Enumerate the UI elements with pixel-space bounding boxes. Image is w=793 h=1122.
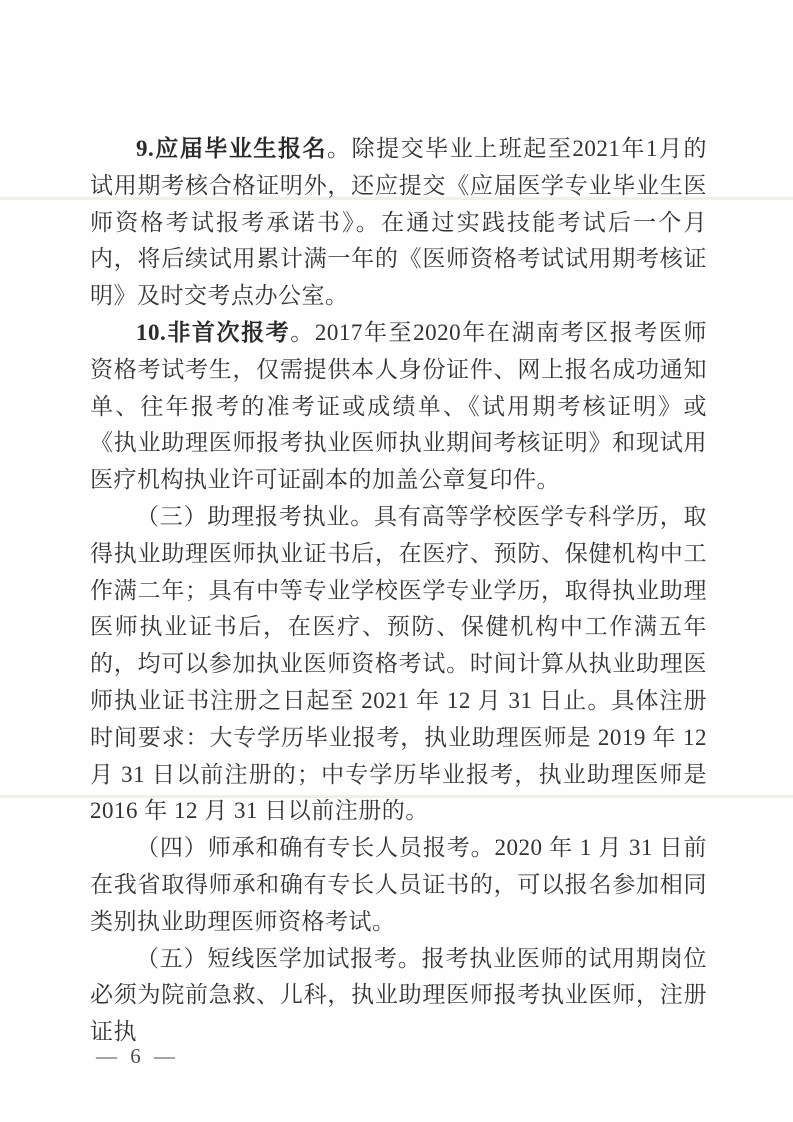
page-number: — 6 — <box>96 1044 179 1069</box>
paragraph-text: 。除提交毕业上班起至2021年1月的试用期考核合格证明外，还应提交《应届医学专业… <box>90 136 707 308</box>
paragraph-text: （四）师承和确有专长人员报考。2020 年 1 月 31 日前在我省取得师承和确… <box>90 835 707 934</box>
paragraph-section-3-assistant-to-practicing: （三）助理报考执业。具有高等学校医学专科学历，取得执业助理医师执业证书后，在医疗… <box>90 499 707 830</box>
document-page: 9.应届毕业生报名。除提交毕业上班起至2021年1月的试用期考核合格证明外，还应… <box>0 0 793 1122</box>
paragraph-section-5-short-line-medicine: （五）短线医学加试报考。报考执业医师的试用期岗位必须为院前急救、儿科，执业助理医… <box>90 941 707 1051</box>
paragraph-text: 。2017年至2020年在湖南考区报考医师资格考试考生，仅需提供本人身份证件、网… <box>90 320 707 492</box>
paragraph-10-non-first-time-registration: 10.非首次报考。2017年至2020年在湖南考区报考医师资格考试考生，仅需提供… <box>90 315 707 499</box>
paragraph-text: （五）短线医学加试报考。报考执业医师的试用期岗位必须为院前急救、儿科，执业助理医… <box>90 946 707 1045</box>
paragraph-9-fresh-graduate-registration: 9.应届毕业生报名。除提交毕业上班起至2021年1月的试用期考核合格证明外，还应… <box>90 131 707 315</box>
paragraph-text: （三）助理报考执业。具有高等学校医学专科学历，取得执业助理医师执业证书后，在医疗… <box>90 504 707 823</box>
paragraph-lead: 9.应届毕业生报名 <box>136 136 327 161</box>
paragraph-section-4-apprentice-specialty: （四）师承和确有专长人员报考。2020 年 1 月 31 日前在我省取得师承和确… <box>90 830 707 940</box>
paragraph-lead: 10.非首次报考 <box>136 320 290 345</box>
document-body: 9.应届毕业生报名。除提交毕业上班起至2021年1月的试用期考核合格证明外，还应… <box>90 131 707 1051</box>
